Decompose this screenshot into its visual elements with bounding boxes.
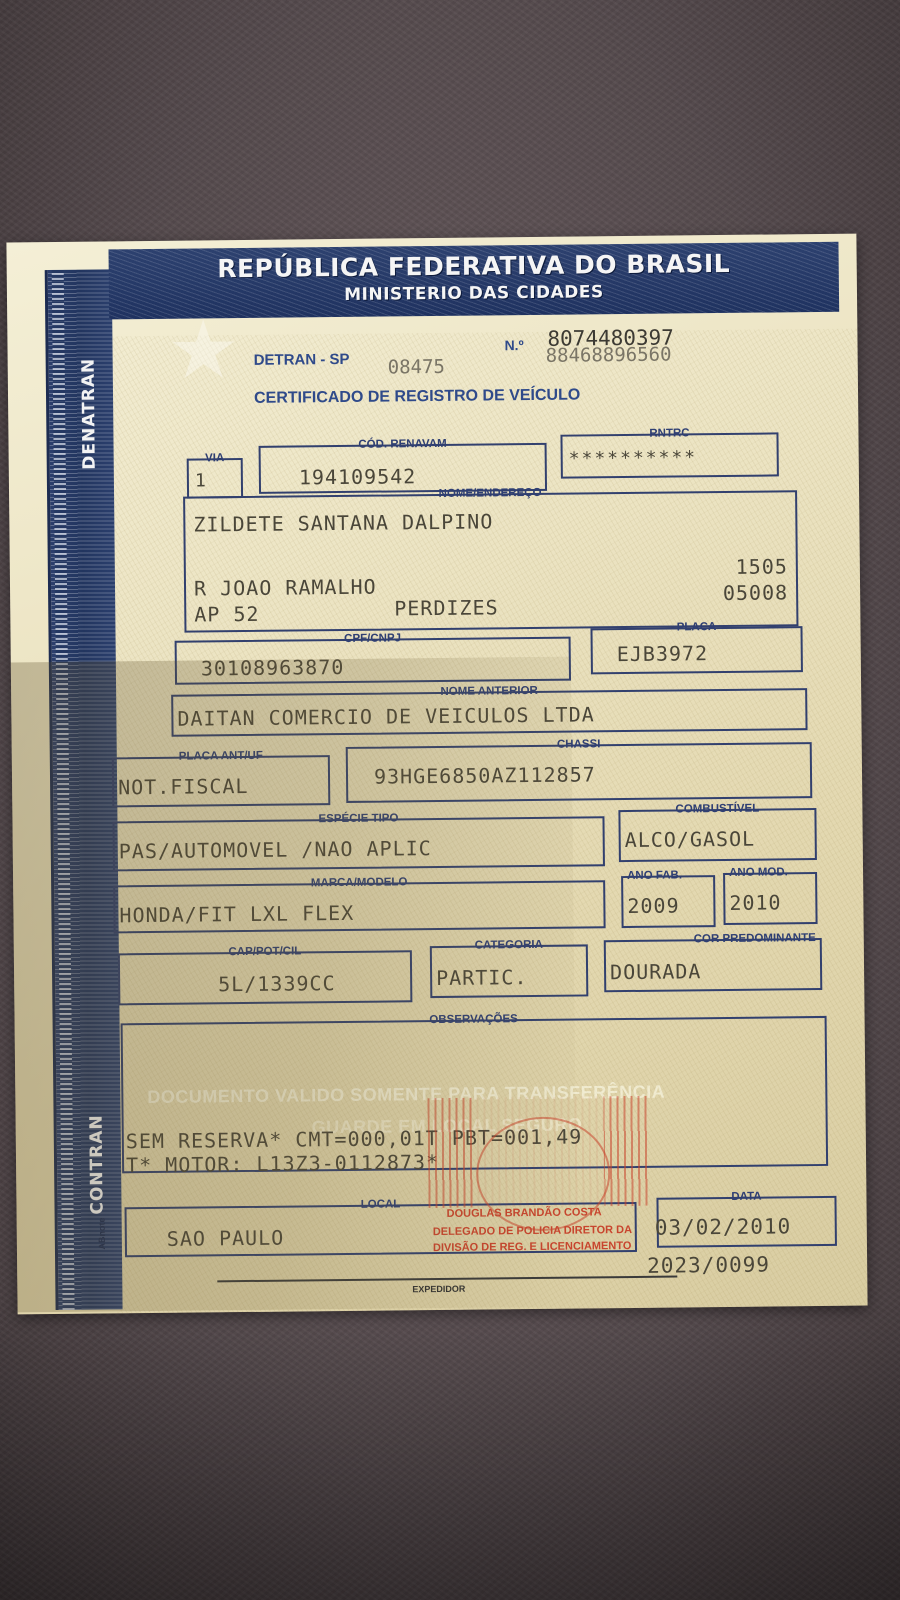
field-cap-pot-cil: CAP/POT/CIL 5L/1339CC [118, 950, 413, 1005]
field-label: COR PREDOMINANTE [606, 931, 820, 947]
field-label: CATEGORIA [432, 937, 586, 953]
stamp-division: DIVISÃO DE REG. E LICENCIAMENTO [433, 1240, 632, 1254]
field-ano-mod: ANO MOD. 2010 [723, 872, 818, 925]
field-value: 2010 [729, 890, 781, 915]
field-value: ********** [569, 447, 698, 469]
field-label: PLACA [592, 619, 800, 635]
field-value: NOT.FISCAL [118, 774, 249, 799]
field-value: EJB3972 [617, 641, 709, 666]
field-value: ALCO/GASOL [625, 827, 756, 852]
field-label: ESPÉCIE TIPO [114, 809, 602, 828]
expedidor-label: EXPEDIDOR [412, 1284, 465, 1295]
field-placa: PLACA EJB3972 [590, 626, 802, 674]
field-data: DATA 03/02/2010 [656, 1196, 837, 1248]
header-subtitle: MINISTERIO DAS CIDADES [109, 280, 839, 308]
field-rntrc: RNTRC ********** [560, 432, 778, 478]
field-value: 03/02/2010 [655, 1214, 792, 1239]
field-label: CAP/POT/CIL [120, 943, 410, 960]
control-number: 2023/0099 [647, 1253, 770, 1278]
certificate-title: CERTIFICADO DE REGISTRO DE VEÍCULO [254, 386, 580, 407]
field-label: CÓD. RENAVAM [260, 436, 544, 453]
denatran-label: DENATRAN [79, 358, 100, 470]
field-ano-fab: ANO FAB. 2009 [621, 875, 716, 928]
field-value: HONDA/FIT LXL FLEX [119, 901, 354, 927]
field-value: 30108963870 [201, 655, 345, 681]
stamp-signer: DOUGLAS BRANDÃO COSTA [447, 1206, 602, 1220]
background-shadow [0, 1300, 900, 1600]
field-value: 194109542 [299, 464, 417, 489]
field-label: COMBUSTÍVEL [620, 801, 814, 817]
expedidor-signature-line [217, 1276, 677, 1283]
field-categoria: CATEGORIA PARTIC. [430, 944, 589, 998]
field-label: ANO MOD. [725, 865, 815, 880]
field-label: CHASSI [348, 735, 810, 754]
field-chassi: CHASSI 93HGE6850AZ112857 [346, 742, 813, 803]
field-label: OBSERVAÇÕES [123, 1009, 825, 1030]
field-especie-tipo: ESPÉCIE TIPO PAS/AUTOMOVEL /NAO APLIC [112, 816, 604, 871]
secondary-number: 88468896560 [546, 344, 672, 367]
owner-zip: 05008 [723, 580, 788, 605]
field-label: NOME ANTERIOR [173, 681, 805, 702]
stamp-role: DELEGADO DE POLICIA DIRETOR DA [433, 1224, 632, 1238]
field-combustivel: COMBUSTÍVEL ALCO/GASOL [618, 808, 817, 862]
observations-line-2: T* MOTOR: L13Z3-0112873* [126, 1150, 439, 1177]
printer-mark: ABnote [97, 1217, 107, 1249]
field-cor-predominante: COR PREDOMINANTE DOURADA [604, 938, 823, 992]
issuer-label: DETRAN - SP [254, 351, 350, 369]
left-security-band: DENATRAN CONTRAN [45, 269, 123, 1310]
owner-street: R JOAO RAMALHO [194, 575, 377, 601]
field-nome-anterior: NOME ANTERIOR DAITAN COMERCIO DE VEICULO… [171, 688, 807, 737]
owner-complement: AP 52 [194, 602, 259, 627]
field-marca-modelo: MARCA/MODELO HONDA/FIT LXL FLEX [113, 880, 605, 933]
field-label: ANO FAB. [623, 868, 713, 883]
field-value: 1 [195, 470, 207, 491]
owner-street-number: 1505 [736, 554, 788, 579]
band-ticks [52, 270, 75, 1310]
owner-district: PERDIZES [394, 595, 499, 620]
office-code: 08475 [388, 356, 445, 379]
header-title: REPÚBLICA FEDERATIVA DO BRASIL [109, 248, 839, 285]
field-value: DAITAN COMERCIO DE VEICULOS LTDA [177, 702, 595, 730]
field-value: DOURADA [610, 959, 702, 984]
number-label: N.º [504, 337, 523, 353]
field-placa-ant-uf: PLACA ANT/UF NOT.FISCAL [112, 755, 331, 807]
field-value: SAO PAULO [167, 1226, 285, 1251]
field-value: 93HGE6850AZ112857 [374, 762, 596, 788]
field-label: DATA [658, 1189, 834, 1205]
field-label: MARCA/MODELO [115, 873, 603, 892]
field-value: PAS/AUTOMOVEL /NAO APLIC [119, 836, 432, 863]
field-value: 2009 [627, 893, 679, 918]
owner-name: ZILDETE SANTANA DALPINO [193, 509, 493, 536]
contran-label: CONTRAN [87, 1114, 108, 1214]
field-value: PARTIC. [436, 965, 528, 990]
star-emblem-icon: ★ [167, 310, 248, 391]
field-label: PLACA ANT/UF [114, 748, 328, 764]
header-band: REPÚBLICA FEDERATIVA DO BRASIL MINISTERI… [108, 242, 839, 320]
field-label: CPF/CNPJ [177, 630, 569, 648]
field-value: 5L/1339CC [218, 971, 336, 996]
field-cpf-cnpj: CPF/CNPJ 30108963870 [175, 637, 571, 685]
field-label: VIA [189, 451, 241, 466]
field-nome-endereco: NOME/ENDEREÇO ZILDETE SANTANA DALPINO R … [183, 490, 798, 632]
field-label: RNTRC [562, 425, 776, 441]
vehicle-registration-certificate: ★ DENATRAN CONTRAN ABnote REPÚBLICA FEDE… [6, 234, 867, 1315]
